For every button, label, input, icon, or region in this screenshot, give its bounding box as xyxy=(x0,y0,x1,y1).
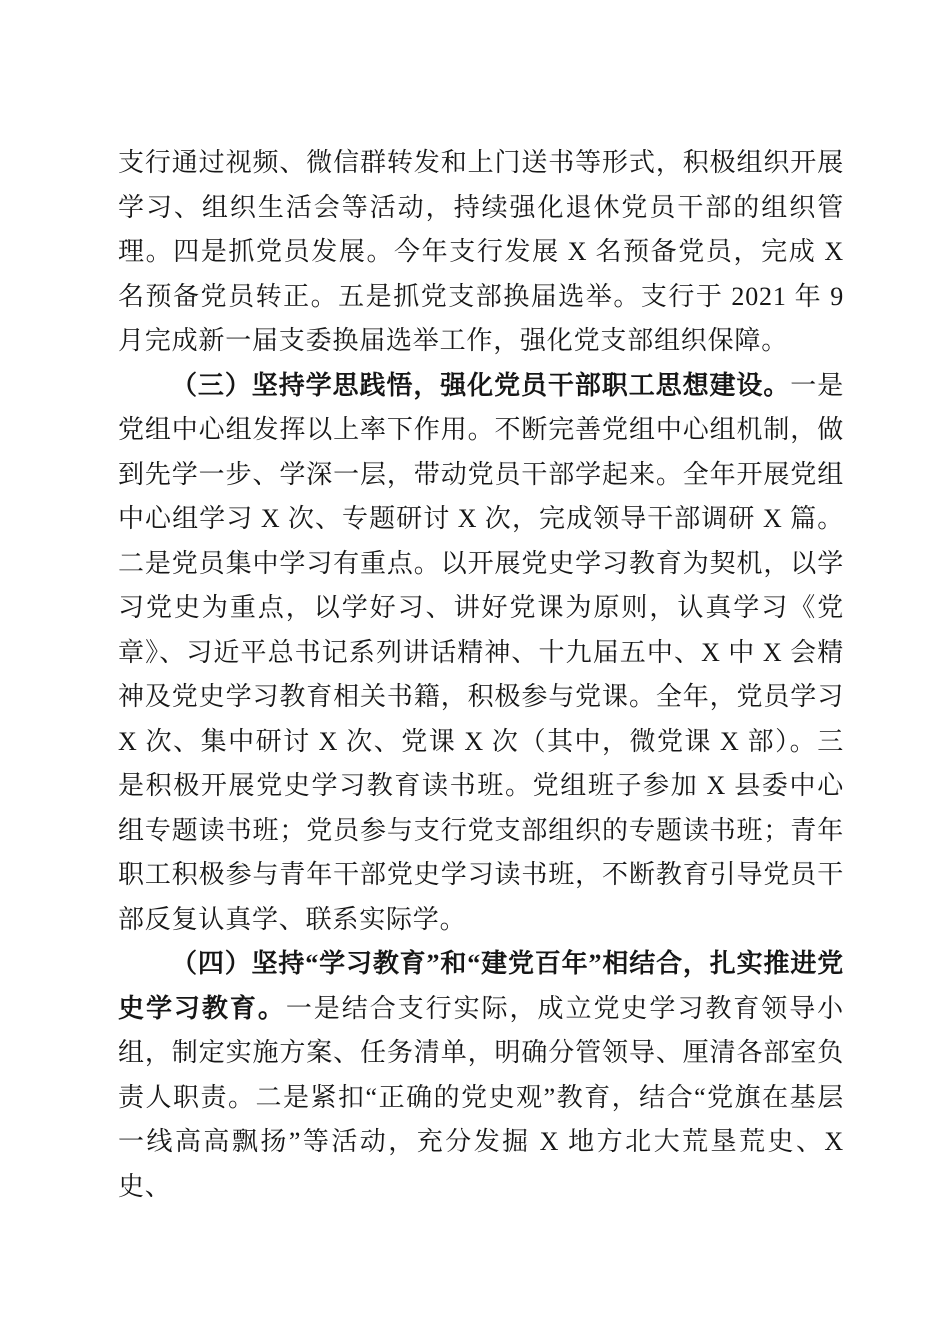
text-run: 支行通过视频、微信群转发和上门送书等形式，积极组织开展学习、组织生活会等活动，持… xyxy=(118,148,844,355)
text-run: 一是党组中心组发挥以上率下作用。不断完善党组中心组机制，做到先学一步、学深一层，… xyxy=(118,371,844,934)
document-page: 支行通过视频、微信群转发和上门送书等形式，积极组织开展学习、组织生活会等活动，持… xyxy=(0,0,950,1344)
document-body: 支行通过视频、微信群转发和上门送书等形式，积极组织开展学习、组织生活会等活动，持… xyxy=(118,141,844,1209)
paragraph-section-four: （四）坚持“学习教育”和“建党百年”相结合，扎实推进党史学习教育。一是结合支行实… xyxy=(118,942,844,1209)
text-run: 一是结合支行实际，成立党史学习教育领导小组，制定实施方案、任务清单，明确分管领导… xyxy=(118,994,844,1201)
paragraph-continuation: 支行通过视频、微信群转发和上门送书等形式，积极组织开展学习、组织生活会等活动，持… xyxy=(118,141,844,364)
paragraph-section-three: （三）坚持学思践悟，强化党员干部职工思想建设。一是党组中心组发挥以上率下作用。不… xyxy=(118,364,844,943)
text-run-bold: （三）坚持学思践悟，强化党员干部职工思想建设。 xyxy=(171,371,790,400)
